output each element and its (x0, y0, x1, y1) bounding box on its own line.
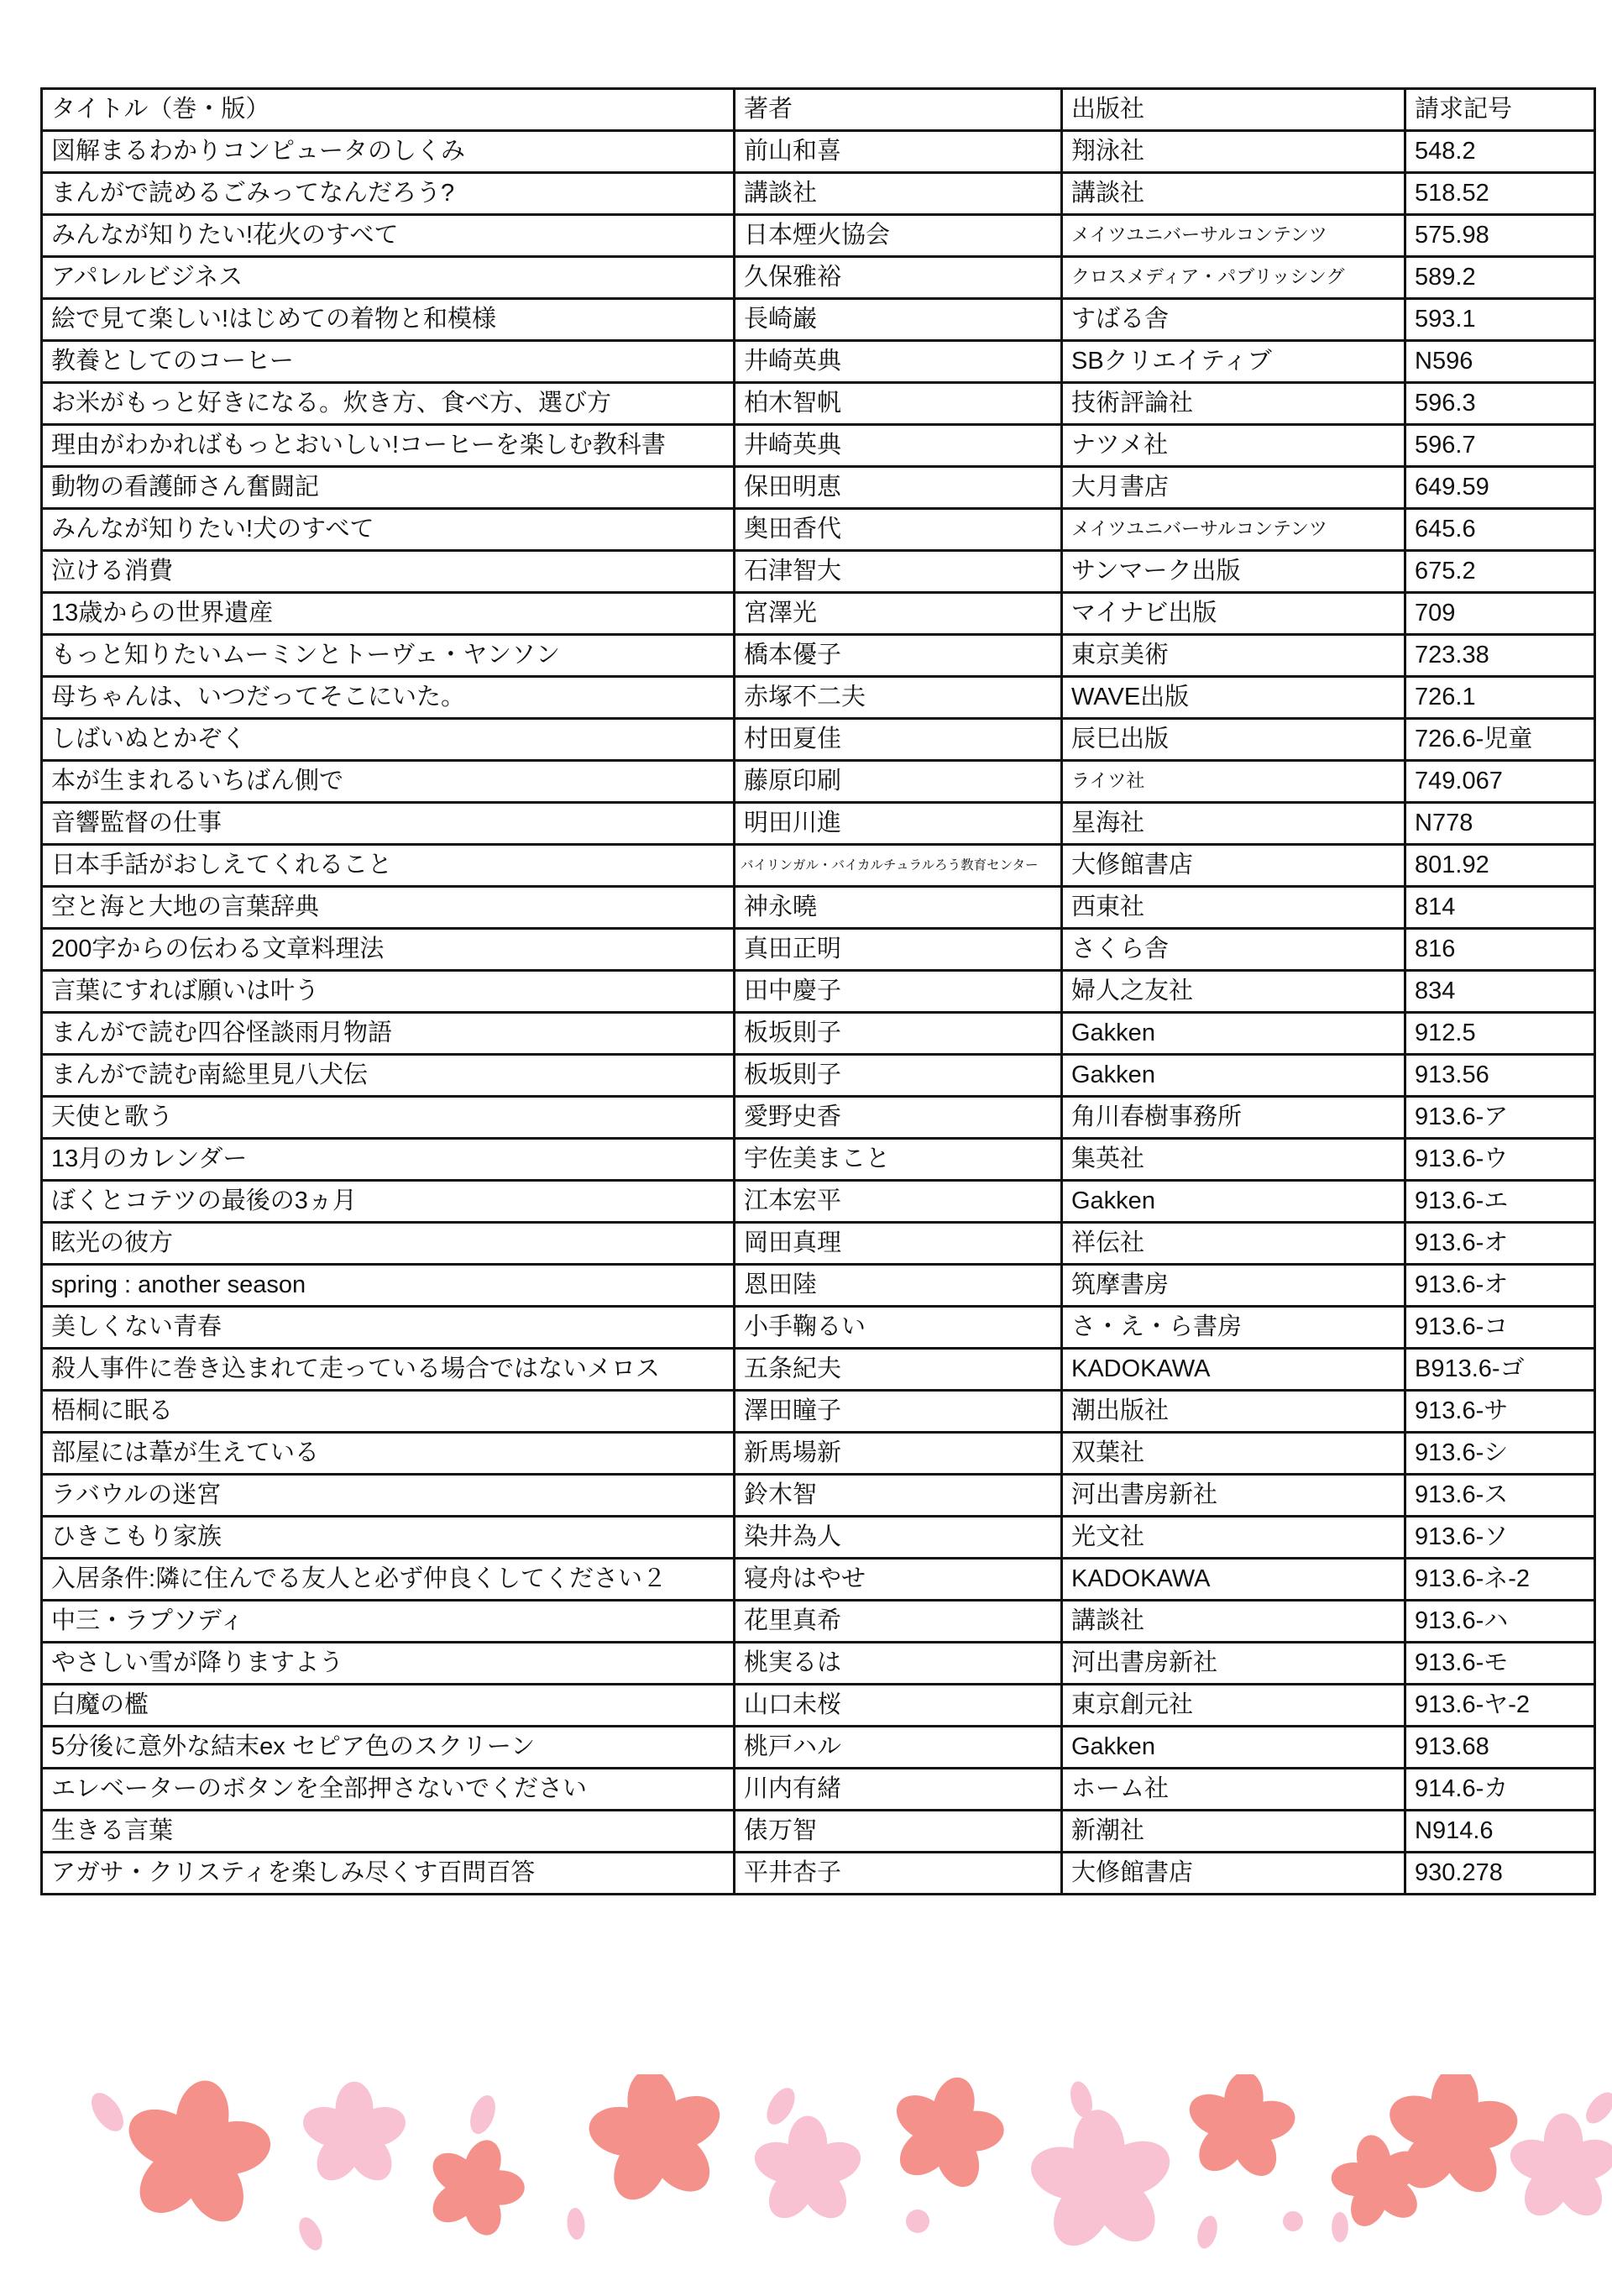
column-header-0: タイトル（巻・版） (42, 89, 735, 131)
cell-title: 天使と歌う (42, 1097, 735, 1139)
column-header-3: 請求記号 (1405, 89, 1595, 131)
cell-call-number: 930.278 (1405, 1853, 1595, 1895)
cell-title: 生きる言葉 (42, 1811, 735, 1853)
cell-title: 理由がわかればもっとおいしい!コーヒーを楽しむ教科書 (42, 425, 735, 467)
cell-title: 入居条件:隣に住んでる友人と必ず仲良くしてください２ (42, 1559, 735, 1601)
cell-author: 愛野史香 (735, 1097, 1062, 1139)
cell-publisher: Gakken (1062, 1055, 1405, 1097)
table-row: 音響監督の仕事明田川進星海社N778 (42, 803, 1595, 845)
cell-title: 中三・ラプソディ (42, 1601, 735, 1643)
table-row: 絵で見て楽しい!はじめての着物と和模様長崎巌すばる舎593.1 (42, 299, 1595, 341)
table-row: 中三・ラプソディ花里真希講談社913.6-ハ (42, 1601, 1595, 1643)
cell-title: 空と海と大地の言葉辞典 (42, 887, 735, 929)
cell-call-number: 649.59 (1405, 467, 1595, 509)
cell-author: 板坂則子 (735, 1013, 1062, 1055)
cell-title: 白魔の檻 (42, 1685, 735, 1727)
cell-call-number: 913.6-ウ (1405, 1139, 1595, 1181)
cell-title: ぼくとコテツの最後の3ヵ月 (42, 1181, 735, 1223)
table-row: ひきこもり家族染井為人光文社913.6-ソ (42, 1517, 1595, 1559)
sakura-petal-icon (1581, 2087, 1612, 2128)
table-row: 生きる言葉俵万智新潮社N914.6 (42, 1811, 1595, 1853)
cell-title: 美しくない青春 (42, 1307, 735, 1349)
cell-publisher: 婦人之友社 (1062, 971, 1405, 1013)
cell-call-number: 575.98 (1405, 215, 1595, 257)
table-row: やさしい雪が降りますよう桃実るは河出書房新社913.6-モ (42, 1643, 1595, 1685)
cell-title: 言葉にすれば願いは叶う (42, 971, 735, 1013)
cell-publisher: Gakken (1062, 1727, 1405, 1769)
cell-publisher: 辰巳出版 (1062, 719, 1405, 761)
cell-call-number: N596 (1405, 341, 1595, 383)
cell-author: 石津智大 (735, 551, 1062, 593)
table-row: ぼくとコテツの最後の3ヵ月江本宏平Gakken913.6-エ (42, 1181, 1595, 1223)
cell-publisher: 講談社 (1062, 173, 1405, 215)
sakura-flower-icon (1177, 2074, 1305, 2189)
cell-publisher: 双葉社 (1062, 1433, 1405, 1475)
cell-title: 絵で見て楽しい!はじめての着物と和模様 (42, 299, 735, 341)
cell-call-number: 596.7 (1405, 425, 1595, 467)
cell-title: ひきこもり家族 (42, 1517, 735, 1559)
table-row: 殺人事件に巻き込まれて走っている場合ではないメロス五条紀夫KADOKAWAB91… (42, 1349, 1595, 1391)
table-row: 動物の看護師さん奮闘記保田明恵大月書店649.59 (42, 467, 1595, 509)
sakura-flower-icon (1505, 2113, 1612, 2224)
cell-author: バイリンガル・バイカルチュラルろう教育センター (735, 845, 1062, 887)
cell-title: 眩光の彼方 (42, 1223, 735, 1265)
cell-publisher: 光文社 (1062, 1517, 1405, 1559)
cell-publisher: メイツユニバーサルコンテンツ (1062, 509, 1405, 551)
cell-call-number: 913.6-ネ-2 (1405, 1559, 1595, 1601)
table-row: 泣ける消費石津智大サンマーク出版675.2 (42, 551, 1595, 593)
cell-title: まんがで読めるごみってなんだろう? (42, 173, 735, 215)
cell-publisher: ライツ社 (1062, 761, 1405, 803)
cell-publisher: 河出書房新社 (1062, 1643, 1405, 1685)
sakura-flower-icon (1020, 2105, 1183, 2259)
sakura-flower-icon (109, 2074, 285, 2240)
cell-call-number: 518.52 (1405, 173, 1595, 215)
cell-call-number: 913.6-エ (1405, 1181, 1595, 1223)
table-row: 眩光の彼方岡田真理祥伝社913.6-オ (42, 1223, 1595, 1265)
cell-title: まんがで読む南総里見八犬伝 (42, 1055, 735, 1097)
cell-publisher: ホーム社 (1062, 1769, 1405, 1811)
table-row: アパレルビジネス久保雅裕クロスメディア・パブリッシング589.2 (42, 257, 1595, 299)
cell-publisher: 星海社 (1062, 803, 1405, 845)
cell-publisher: 河出書房新社 (1062, 1475, 1405, 1517)
sakura-dot-icon (1283, 2211, 1303, 2231)
book-list-table: タイトル（巻・版）著者出版社請求記号 図解まるわかりコンピュータのしくみ前山和喜… (40, 87, 1596, 1895)
cell-call-number: 726.6-児童 (1405, 719, 1595, 761)
cell-author: 小手鞠るい (735, 1307, 1062, 1349)
header-row: タイトル（巻・版）著者出版社請求記号 (42, 89, 1595, 131)
cell-author: 鈴木智 (735, 1475, 1062, 1517)
cell-author: 井崎英典 (735, 341, 1062, 383)
cell-title: みんなが知りたい!花火のすべて (42, 215, 735, 257)
cell-author: 赤塚不二夫 (735, 677, 1062, 719)
table-row: 美しくない青春小手鞠るいさ・え・ら書房913.6-コ (42, 1307, 1595, 1349)
cell-publisher: さ・え・ら書房 (1062, 1307, 1405, 1349)
cell-call-number: 912.5 (1405, 1013, 1595, 1055)
cell-author: 保田明恵 (735, 467, 1062, 509)
cell-publisher: SBクリエイティブ (1062, 341, 1405, 383)
table-row: 入居条件:隣に住んでる友人と必ず仲良くしてください２寝舟はやせKADOKAWA9… (42, 1559, 1595, 1601)
cell-publisher: 講談社 (1062, 1601, 1405, 1643)
cell-publisher: 角川春樹事務所 (1062, 1097, 1405, 1139)
table-row: ラバウルの迷宮鈴木智河出書房新社913.6-ス (42, 1475, 1595, 1517)
cell-publisher: 東京創元社 (1062, 1685, 1405, 1727)
sakura-petal-icon (566, 2207, 586, 2241)
table-row: みんなが知りたい!花火のすべて日本煙火協会メイツユニバーサルコンテンツ575.9… (42, 215, 1595, 257)
cell-title: spring : another season (42, 1265, 735, 1307)
cell-call-number: 589.2 (1405, 257, 1595, 299)
cell-call-number: 913.6-ソ (1405, 1517, 1595, 1559)
sakura-petal-icon (1194, 2214, 1221, 2251)
table-row: 日本手話がおしえてくれることバイリンガル・バイカルチュラルろう教育センター大修館… (42, 845, 1595, 887)
table-row: エレベーターのボタンを全部押さないでください川内有緒ホーム社914.6-カ (42, 1769, 1595, 1811)
cell-publisher: 祥伝社 (1062, 1223, 1405, 1265)
cell-title: 母ちゃんは、いつだってそこにいた。 (42, 677, 735, 719)
cell-call-number: 709 (1405, 593, 1595, 635)
cell-title: アガサ・クリスティを楽しみ尽くす百問百答 (42, 1853, 735, 1895)
cell-publisher: 技術評論社 (1062, 383, 1405, 425)
cell-call-number: 913.6-モ (1405, 1643, 1595, 1685)
cell-author: 桃実るは (735, 1643, 1062, 1685)
cell-title: 本が生まれるいちばん側で (42, 761, 735, 803)
cell-call-number: 548.2 (1405, 131, 1595, 173)
cell-call-number: N778 (1405, 803, 1595, 845)
cell-call-number: 913.6-ス (1405, 1475, 1595, 1517)
table-row: 母ちゃんは、いつだってそこにいた。赤塚不二夫WAVE出版726.1 (42, 677, 1595, 719)
cell-publisher: Gakken (1062, 1181, 1405, 1223)
cell-call-number: 913.6-サ (1405, 1391, 1595, 1433)
cell-author: 宇佐美まこと (735, 1139, 1062, 1181)
sakura-flower-icon (298, 2082, 411, 2189)
cell-author: 五条紀夫 (735, 1349, 1062, 1391)
cell-author: 寝舟はやせ (735, 1559, 1062, 1601)
table-row: お米がもっと好きになる。炊き方、食べ方、選び方柏木智帆技術評論社596.3 (42, 383, 1595, 425)
cell-call-number: 801.92 (1405, 845, 1595, 887)
cell-title: まんがで読む四谷怪談雨月物語 (42, 1013, 735, 1055)
sakura-petal-icon (295, 2214, 327, 2254)
cell-title: みんなが知りたい!犬のすべて (42, 509, 735, 551)
table-row: 本が生まれるいちばん側で藤原印刷ライツ社749.067 (42, 761, 1595, 803)
cell-title: エレベーターのボタンを全部押さないでください (42, 1769, 735, 1811)
cell-call-number: 914.6-カ (1405, 1769, 1595, 1811)
cell-author: 講談社 (735, 173, 1062, 215)
cell-author: 神永曉 (735, 887, 1062, 929)
table-row: 部屋には葦が生えている新馬場新双葉社913.6-シ (42, 1433, 1595, 1475)
table-row: もっと知りたいムーミンとトーヴェ・ヤンソン橋本優子東京美術723.38 (42, 635, 1595, 677)
cell-call-number: 913.6-オ (1405, 1265, 1595, 1307)
table-row: 教養としてのコーヒー井崎英典SBクリエイティブN596 (42, 341, 1595, 383)
cell-author: 新馬場新 (735, 1433, 1062, 1475)
cell-author: 染井為人 (735, 1517, 1062, 1559)
cell-call-number: 834 (1405, 971, 1595, 1013)
cell-call-number: 913.6-ヤ-2 (1405, 1685, 1595, 1727)
cell-title: お米がもっと好きになる。炊き方、食べ方、選び方 (42, 383, 735, 425)
cell-call-number: 749.067 (1405, 761, 1595, 803)
table-row: 天使と歌う愛野史香角川春樹事務所913.6-ア (42, 1097, 1595, 1139)
cell-author: 橋本優子 (735, 635, 1062, 677)
cell-publisher: 大修館書店 (1062, 1853, 1405, 1895)
cell-call-number: 913.6-ア (1405, 1097, 1595, 1139)
cell-author: 日本煙火協会 (735, 215, 1062, 257)
cell-title: 梧桐に眠る (42, 1391, 735, 1433)
table-row: まんがで読む四谷怪談雨月物語板坂則子Gakken912.5 (42, 1013, 1595, 1055)
cell-author: 田中慶子 (735, 971, 1062, 1013)
table-row: みんなが知りたい!犬のすべて奥田香代メイツユニバーサルコンテンツ645.6 (42, 509, 1595, 551)
cell-author: 久保雅裕 (735, 257, 1062, 299)
cell-publisher: 筑摩書房 (1062, 1265, 1405, 1307)
cell-publisher: 集英社 (1062, 1139, 1405, 1181)
cell-title: 5分後に意外な結末ex セピア色のスクリーン (42, 1727, 735, 1769)
cell-publisher: ナツメ社 (1062, 425, 1405, 467)
cell-title: 教養としてのコーヒー (42, 341, 735, 383)
cell-publisher: サンマーク出版 (1062, 551, 1405, 593)
column-header-2: 出版社 (1062, 89, 1405, 131)
cell-publisher: クロスメディア・パブリッシング (1062, 257, 1405, 299)
cell-author: 平井杏子 (735, 1853, 1062, 1895)
cell-title: 殺人事件に巻き込まれて走っている場合ではないメロス (42, 1349, 735, 1391)
cell-author: 明田川進 (735, 803, 1062, 845)
cell-author: 俵万智 (735, 1811, 1062, 1853)
cell-publisher: マイナビ出版 (1062, 593, 1405, 635)
sakura-border (0, 2074, 1612, 2259)
table-row: 13月のカレンダー宇佐美まこと集英社913.6-ウ (42, 1139, 1595, 1181)
table-row: 理由がわかればもっとおいしい!コーヒーを楽しむ教科書井崎英典ナツメ社596.7 (42, 425, 1595, 467)
cell-author: 奥田香代 (735, 509, 1062, 551)
sakura-petal-icon (1332, 2212, 1348, 2242)
cell-call-number: 816 (1405, 929, 1595, 971)
cell-call-number: 913.6-オ (1405, 1223, 1595, 1265)
sakura-flower-icon (875, 2074, 1020, 2204)
cell-call-number: N914.6 (1405, 1811, 1595, 1853)
cell-title: 13月のカレンダー (42, 1139, 735, 1181)
cell-author: 川内有緒 (735, 1769, 1062, 1811)
table-row: しばいぬとかぞく村田夏佳辰巳出版726.6-児童 (42, 719, 1595, 761)
cell-author: 宮澤光 (735, 593, 1062, 635)
cell-title: 図解まるわかりコンピュータのしくみ (42, 131, 735, 173)
cell-title: 部屋には葦が生えている (42, 1433, 735, 1475)
table-row: 13歳からの世界遺産宮澤光マイナビ出版709 (42, 593, 1595, 635)
cell-call-number: 814 (1405, 887, 1595, 929)
cell-publisher: さくら舎 (1062, 929, 1405, 971)
cell-title: 日本手話がおしえてくれること (42, 845, 735, 887)
table-row: 5分後に意外な結末ex セピア色のスクリーン桃戸ハルGakken913.68 (42, 1727, 1595, 1769)
cell-author: 村田夏佳 (735, 719, 1062, 761)
table-row: 空と海と大地の言葉辞典神永曉西東社814 (42, 887, 1595, 929)
cell-call-number: 913.6-シ (1405, 1433, 1595, 1475)
cell-title: ラバウルの迷宮 (42, 1475, 735, 1517)
cell-author: 澤田瞳子 (735, 1391, 1062, 1433)
table-row: まんがで読めるごみってなんだろう?講談社講談社518.52 (42, 173, 1595, 215)
cell-author: 前山和喜 (735, 131, 1062, 173)
cell-publisher: 東京美術 (1062, 635, 1405, 677)
cell-author: 桃戸ハル (735, 1727, 1062, 1769)
cell-author: 藤原印刷 (735, 761, 1062, 803)
cell-author: 長崎巌 (735, 299, 1062, 341)
cell-call-number: 913.68 (1405, 1727, 1595, 1769)
table-row: まんがで読む南総里見八犬伝板坂則子Gakken913.56 (42, 1055, 1595, 1097)
sakura-flower-icon (749, 2115, 866, 2226)
cell-title: やさしい雪が降りますよう (42, 1643, 735, 1685)
sakura-flower-icon (575, 2074, 738, 2216)
table-row: 梧桐に眠る澤田瞳子潮出版社913.6-サ (42, 1391, 1595, 1433)
cell-title: 13歳からの世界遺産 (42, 593, 735, 635)
cell-call-number: 913.6-ハ (1405, 1601, 1595, 1643)
cell-call-number: 675.2 (1405, 551, 1595, 593)
cell-publisher: 大修館書店 (1062, 845, 1405, 887)
cell-call-number: 593.1 (1405, 299, 1595, 341)
cell-publisher: メイツユニバーサルコンテンツ (1062, 215, 1405, 257)
cell-author: 井崎英典 (735, 425, 1062, 467)
cell-author: 花里真希 (735, 1601, 1062, 1643)
book-list-page: タイトル（巻・版）著者出版社請求記号 図解まるわかりコンピュータのしくみ前山和喜… (0, 0, 1612, 2296)
table-row: アガサ・クリスティを楽しみ尽くす百問百答平井杏子大修館書店930.278 (42, 1853, 1595, 1895)
cell-title: 動物の看護師さん奮闘記 (42, 467, 735, 509)
sakura-petal-icon (465, 2092, 500, 2137)
cell-author: 江本宏平 (735, 1181, 1062, 1223)
cell-call-number: 726.1 (1405, 677, 1595, 719)
cell-title: アパレルビジネス (42, 257, 735, 299)
cell-author: 岡田真理 (735, 1223, 1062, 1265)
cell-publisher: KADOKAWA (1062, 1349, 1405, 1391)
cell-author: 柏木智帆 (735, 383, 1062, 425)
table-row: 白魔の檻山口未桜東京創元社913.6-ヤ-2 (42, 1685, 1595, 1727)
sakura-dot-icon (906, 2210, 929, 2233)
table-row: spring : another season恩田陸筑摩書房913.6-オ (42, 1265, 1595, 1307)
cell-title: しばいぬとかぞく (42, 719, 735, 761)
sakura-petal-icon (85, 2088, 129, 2137)
cell-call-number: B913.6-ゴ (1405, 1349, 1595, 1391)
cell-publisher: KADOKAWA (1062, 1559, 1405, 1601)
cell-call-number: 913.6-コ (1405, 1307, 1595, 1349)
cell-title: 200字からの伝わる文章料理法 (42, 929, 735, 971)
cell-author: 山口未桜 (735, 1685, 1062, 1727)
sakura-flower-icon (410, 2125, 540, 2251)
cell-publisher: Gakken (1062, 1013, 1405, 1055)
table-row: 図解まるわかりコンピュータのしくみ前山和喜翔泳社548.2 (42, 131, 1595, 173)
cell-publisher: 新潮社 (1062, 1811, 1405, 1853)
cell-title: もっと知りたいムーミンとトーヴェ・ヤンソン (42, 635, 735, 677)
cell-author: 板坂則子 (735, 1055, 1062, 1097)
sakura-petal-icon (762, 2084, 801, 2130)
column-header-1: 著者 (735, 89, 1062, 131)
cell-publisher: 大月書店 (1062, 467, 1405, 509)
cell-publisher: WAVE出版 (1062, 677, 1405, 719)
cell-call-number: 645.6 (1405, 509, 1595, 551)
cell-title: 泣ける消費 (42, 551, 735, 593)
cell-publisher: 潮出版社 (1062, 1391, 1405, 1433)
cell-author: 真田正明 (735, 929, 1062, 971)
table-row: 200字からの伝わる文章料理法真田正明さくら舎816 (42, 929, 1595, 971)
table-row: 言葉にすれば願いは叶う田中慶子婦人之友社834 (42, 971, 1595, 1013)
cell-author: 恩田陸 (735, 1265, 1062, 1307)
cell-call-number: 723.38 (1405, 635, 1595, 677)
cell-title: 音響監督の仕事 (42, 803, 735, 845)
cell-call-number: 596.3 (1405, 383, 1595, 425)
cell-publisher: すばる舎 (1062, 299, 1405, 341)
cell-call-number: 913.56 (1405, 1055, 1595, 1097)
cell-publisher: 西東社 (1062, 887, 1405, 929)
table-body: 図解まるわかりコンピュータのしくみ前山和喜翔泳社548.2まんがで読めるごみって… (42, 131, 1595, 1895)
cell-publisher: 翔泳社 (1062, 131, 1405, 173)
